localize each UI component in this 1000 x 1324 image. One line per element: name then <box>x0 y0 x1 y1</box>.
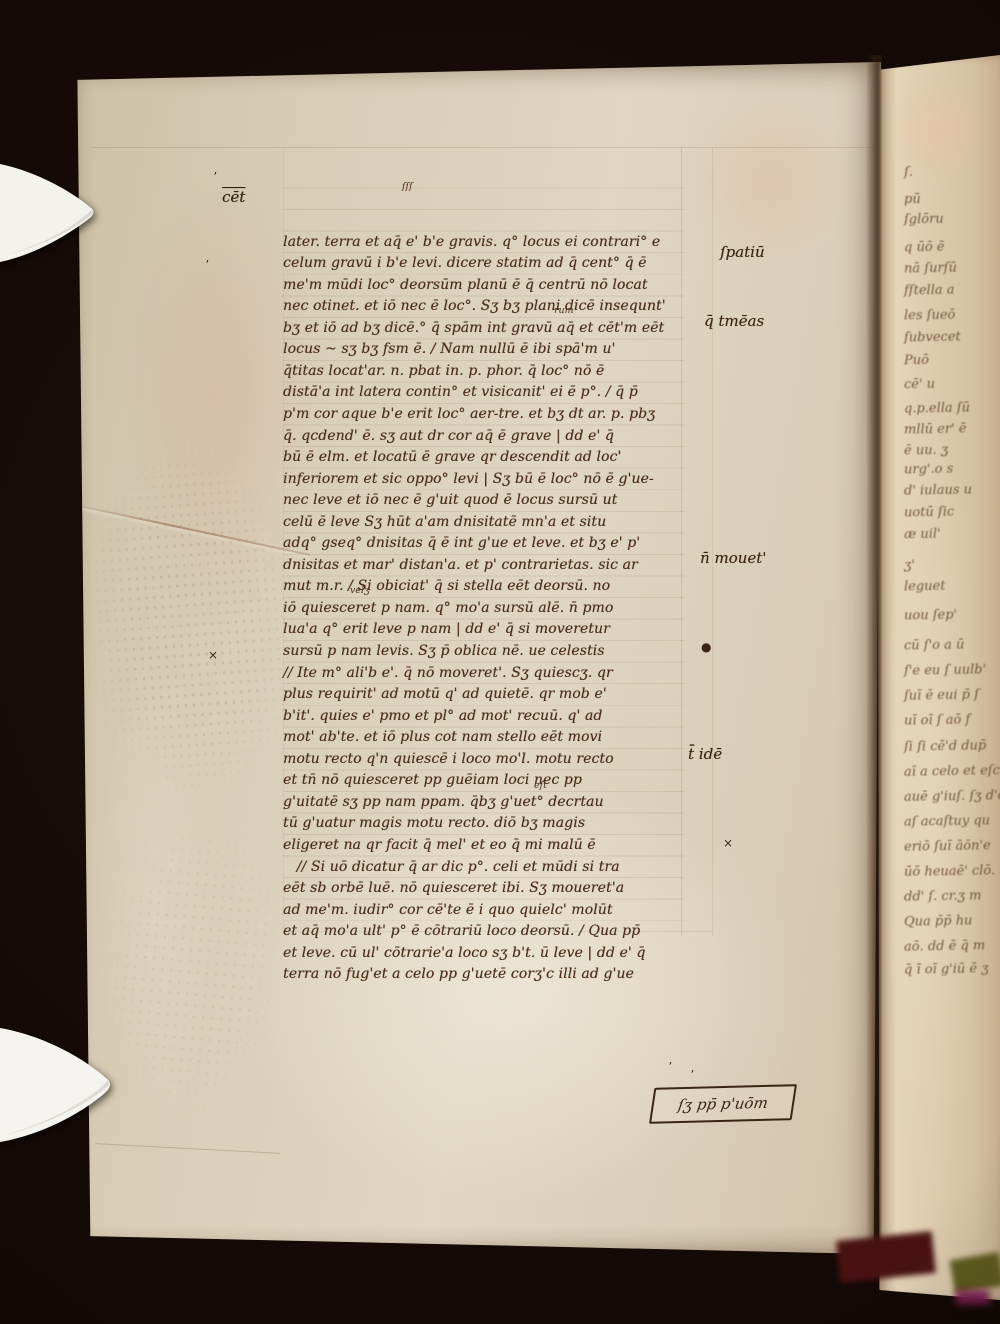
parchment-follicle-texture <box>67 423 318 818</box>
text-line: later. terra et aq̄ e' b'e gravis. q° lo… <box>283 232 685 254</box>
catchword-text: ſʒ pp̄ p'uōm <box>677 1094 769 1114</box>
text-fragment: cū ſ'o a ū <box>904 637 965 653</box>
text-line: tū g'uatur magis motu recto. diō bʒ magi… <box>283 813 685 835</box>
text-fragment: Puō <box>904 353 929 368</box>
text-line: nec otinet. et iō nec ē loc°. Sʒ bʒ plan… <box>283 296 685 318</box>
text-line: terra nō fug'et a celo pp g'uetē corʒ'c … <box>283 964 685 986</box>
text-fragment: ūō heuaē' clō. q <box>904 863 1000 880</box>
text-line: me'm mūdi loc° deorsūm planū ē q̄ centrū… <box>283 275 685 297</box>
manuscript-photo: later. terra et aq̄ e' b'e gravis. q° lo… <box>0 0 1000 1324</box>
text-line: g'uitatē sʒ pp nam ppam. q̄bʒ g'uet° dec… <box>283 792 685 814</box>
text-fragment: Qua p̄p̄ hu <box>904 913 973 929</box>
text-block: later. terra et aq̄ e' b'e gravis. q° lo… <box>283 167 685 923</box>
text-line: et leve. cū ul' cōtrarie'a loco sʒ b't. … <box>283 943 685 965</box>
text-line: lua'a q° erit leve p nam | dd e' q̄ si m… <box>283 619 685 641</box>
text-fragment: mllū er' ē <box>904 421 967 437</box>
text-line: nec leve et iō nec ē g'uit quod ē locus … <box>283 490 685 512</box>
text-fragment: aſ acaſtuy qu <box>904 813 990 829</box>
next-page-text-fragments: ſ.pūſglōruq ūō ēnā ſurſūfſtella ales ſue… <box>902 0 1000 1255</box>
text-line: sursū p nam levis. Sʒ p̄ oblica nē. ue c… <box>283 641 685 663</box>
page-holder-bottom <box>0 1020 118 1148</box>
text-fragment: ſ'e eu ſ uulb' <box>904 662 986 678</box>
text-line: et tn̄ nō quiesceret pp guēiam loci nec … <box>283 770 685 792</box>
text-line: q̄titas locat'ar. n. pbat in. p. phor. q… <box>283 361 685 383</box>
text-line: eligeret na qr facit q̄ mel' et eo q̄ mi… <box>283 835 685 857</box>
text-line: inferiorem et sic oppo° levi | Sʒ bū ē l… <box>283 469 685 491</box>
text-line: p'm cor aque b'e erit loc° aer-tre. et b… <box>283 404 685 426</box>
text-line: // Ite m° ali'b e'. q̄ nō moveret'. Sʒ q… <box>283 663 685 685</box>
text-line: bū ē elm. et locatū ē grave qr descendit… <box>283 447 685 469</box>
text-fragment: uou ſep' <box>904 608 957 624</box>
text-line: celū ē leve Sʒ hūt a'am dnisitatē mn'a e… <box>283 512 685 534</box>
text-line: mut m.r. / Si obiciat' q̄ si stella eēt … <box>283 576 685 598</box>
text-fragment: urg'.o s <box>904 462 954 478</box>
text-fragment: ſubvecet <box>904 330 961 346</box>
text-line: celum gravū i b'e levi. dicere statim ad… <box>283 253 685 275</box>
margin-note-left: cēt <box>222 188 245 206</box>
text-line: mot' ab'te. et iō plus cot nam stello eē… <box>283 727 685 749</box>
text-line: eēt sb orbē luē. nō quiesceret ibi. Sʒ m… <box>283 878 685 900</box>
text-fragment: ſi ſi cē'd dup̄ <box>904 738 986 754</box>
text-fragment: aō. dd ē q̄ m <box>904 938 985 954</box>
parchment-scratch <box>95 1143 280 1154</box>
text-fragment: les ſueō <box>904 308 956 324</box>
text-fragment: nā ſurſū <box>904 261 957 277</box>
text-line: iō quiesceret p nam. q° mo'a sursū alē. … <box>283 598 685 620</box>
text-fragment: ſglōru <box>904 212 944 228</box>
text-fragment: ē uu. ʒ <box>904 443 948 459</box>
catchword-box: ſʒ pp̄ p'uōm <box>649 1084 797 1124</box>
text-fragment: æ uil' <box>904 527 941 543</box>
ruling-right-vertical-2 <box>712 148 713 936</box>
text-fragment: fſtella a <box>904 283 955 299</box>
gutter-shadow <box>866 55 882 1255</box>
text-line: motu recto q'n quiescē i loco mo'l. motu… <box>283 749 685 771</box>
page-holder-top <box>0 160 100 266</box>
text-fragment: uī oī ſ aō f <box>904 712 971 728</box>
text-fragment: ʒ' <box>904 558 915 573</box>
text-fragment: eriō ſuī āōn'e <box>904 838 991 855</box>
text-line: plus requirit' ad motū q' ad quietē. qr … <box>283 684 685 706</box>
book-cover-magenta <box>956 1290 990 1304</box>
text-fragment: uotū ſic <box>904 505 954 521</box>
ruling-top-horizontal <box>92 147 884 148</box>
text-fragment: ſuī ē eui p̄ ſ <box>904 687 979 703</box>
text-line: adq° gseq° dnisitas q̄ ē int g'ue et lev… <box>283 533 685 555</box>
text-line: dnisitas et mar' distan'a. et p' contrar… <box>283 555 685 577</box>
text-fragment: q ūō ē <box>904 240 945 256</box>
text-line: // Si uō dicatur q̄ ar dic p°. celi et m… <box>283 857 685 879</box>
text-line: bʒ et iō ad bʒ dicē.° q̄ spām int gravū … <box>283 318 685 340</box>
text-line: distā'a int latera contin° et visicanit'… <box>283 382 685 404</box>
text-line: b'it'. quies e' pmo et pl° ad mot' recuū… <box>283 706 685 728</box>
text-line: et aq̄ mo'a ult' p° ē cōtrariū loco deor… <box>283 921 685 943</box>
text-fragment: ſ. <box>904 165 913 180</box>
text-line: q̄. qcdend' ē. sʒ aut dr cor aq̄ ē grave… <box>283 426 685 448</box>
text-fragment: q̄ ī oī g'iū ē ʒ <box>904 961 989 977</box>
text-line: ad me'm. iudir° cor cē'te ē i quo quielc… <box>283 900 685 922</box>
text-fragment: dd' ſ. cr.ʒ m <box>904 888 982 904</box>
text-fragment: leguet <box>904 579 946 595</box>
text-fragment: aī a celo et eſc <box>904 763 1000 780</box>
text-fragment: cē' u <box>904 377 935 393</box>
text-fragment: q.p.ella ſū <box>904 400 970 416</box>
text-fragment: pū <box>904 192 921 207</box>
text-line: locus ~ sʒ bʒ fsm ē. / Nam nullū ē ibi s… <box>283 339 685 361</box>
text-fragment: auē g'iuſ. ſʒ d'ō <box>904 788 1000 805</box>
text-fragment: d' iulaus u <box>904 482 972 498</box>
